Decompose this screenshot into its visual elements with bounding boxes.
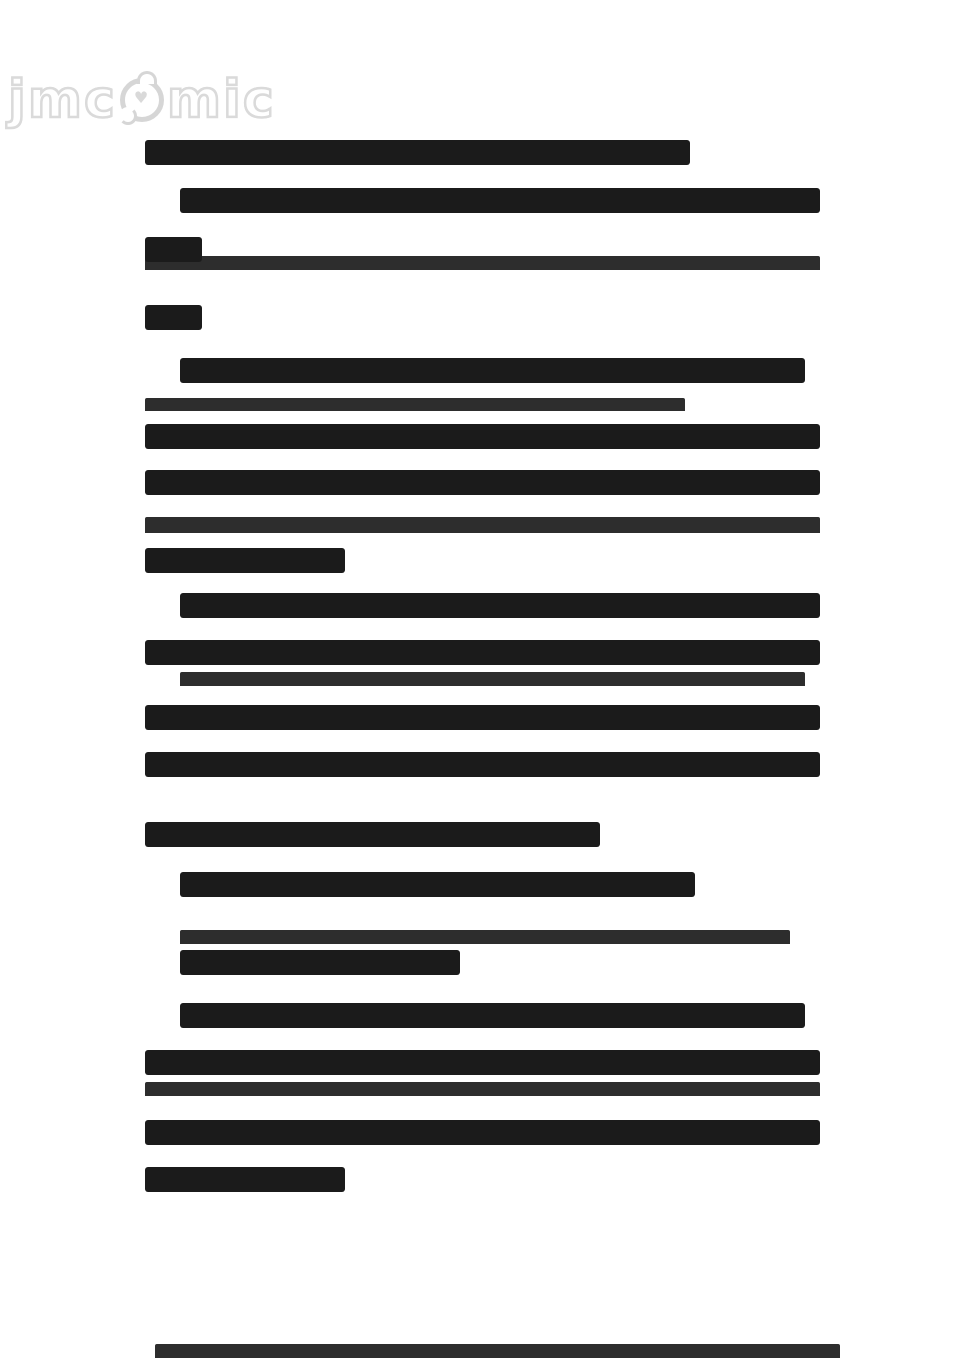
redacted-text-line xyxy=(145,256,820,270)
redacted-text-line xyxy=(145,305,202,330)
redacted-text-line xyxy=(145,640,820,665)
redacted-text-line xyxy=(145,470,820,495)
redacted-text-line xyxy=(145,398,685,411)
redacted-text-line xyxy=(180,188,820,213)
redacted-text-line xyxy=(145,822,600,847)
redacted-text-line xyxy=(145,424,820,449)
redacted-text-line xyxy=(145,548,345,573)
redacted-text-line xyxy=(145,1120,820,1145)
redacted-text-line xyxy=(145,752,820,777)
redacted-text-line xyxy=(155,1344,840,1358)
redacted-text-line xyxy=(145,1050,820,1075)
redacted-text-line xyxy=(145,517,820,533)
redacted-text-line xyxy=(180,593,820,618)
redacted-text-line xyxy=(145,140,690,165)
redacted-text-line xyxy=(145,705,820,730)
redacted-text-line xyxy=(145,1167,345,1192)
redacted-text-line xyxy=(180,950,460,975)
redacted-text-line xyxy=(180,672,805,686)
redacted-body-text xyxy=(0,0,960,1358)
redacted-text-line xyxy=(180,872,695,897)
novel-page: jmc ♥ mic xyxy=(0,0,960,1358)
redacted-text-line xyxy=(145,1082,820,1096)
redacted-text-line xyxy=(180,1003,805,1028)
redacted-text-line xyxy=(180,930,790,944)
redacted-text-line xyxy=(180,358,805,383)
